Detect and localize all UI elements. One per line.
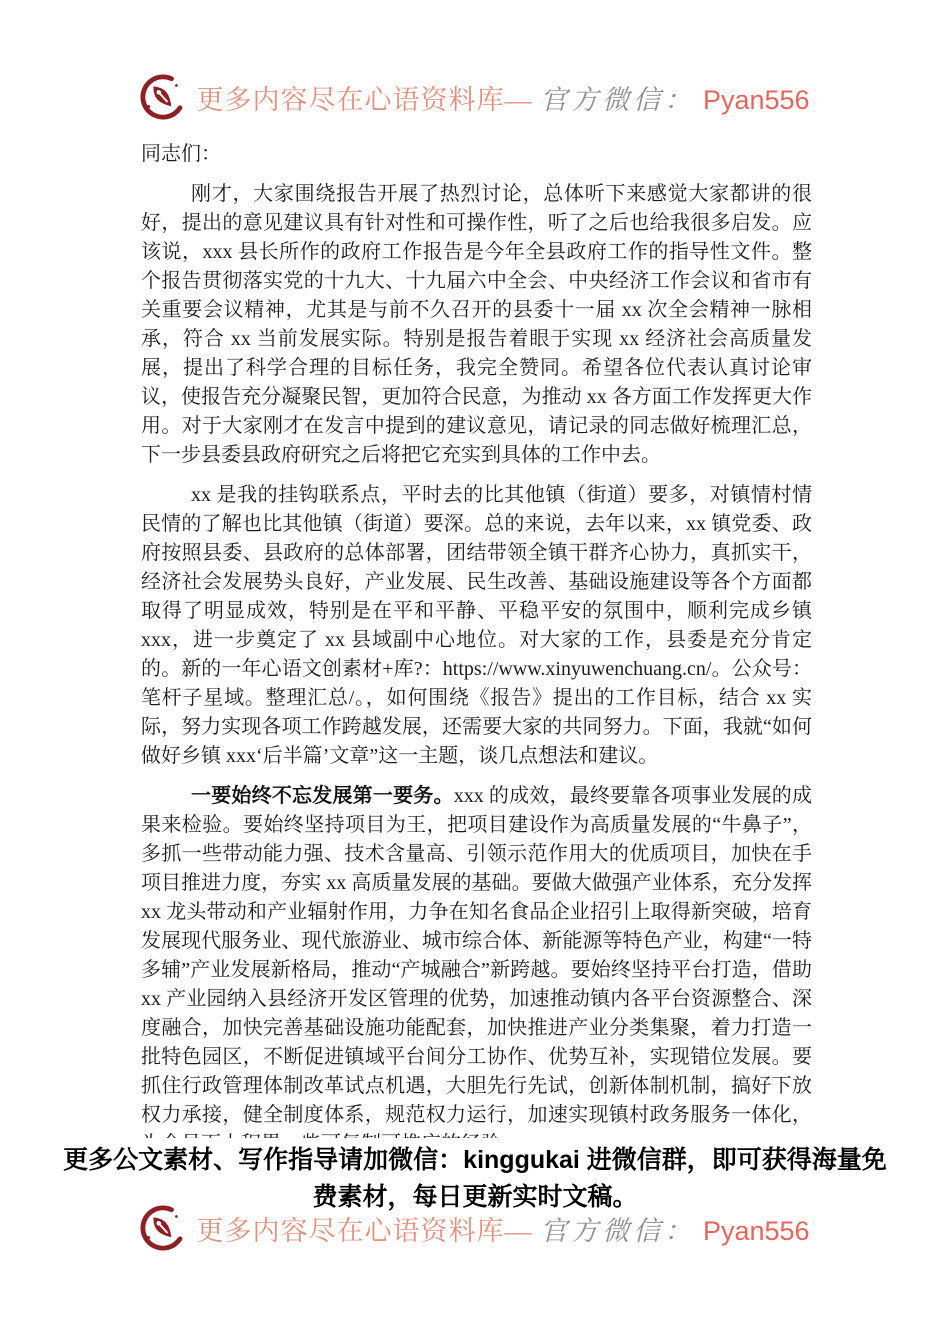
paragraph-text: 刚才，大家围绕报告开展了热烈讨论，总体听下来感觉大家都讲的很好，提出的意见建议具…: [141, 183, 812, 466]
watermark-text: 更多内容尽在心语资料库— 官方微信： Pyan556: [196, 78, 809, 117]
footer-watermark: 更多内容尽在心语资料库— 官方微信： Pyan556: [0, 1205, 950, 1251]
paragraph-text: xx 是我的挂钩联系点，平时去的比其他镇（街道）要多，对镇情村情民情的了解也比其…: [141, 484, 812, 767]
document-page: 更多内容尽在心语资料库— 官方微信： Pyan556 同志们： 刚才，大家围绕报…: [0, 0, 950, 1344]
watermark-wechat-label: 官方微信：: [540, 1216, 695, 1246]
watermark-wechat-id: Pyan556: [703, 1216, 810, 1246]
document-body: 同志们： 刚才，大家围绕报告开展了热烈讨论，总体听下来感觉大家都讲的很好，提出的…: [141, 140, 812, 1141]
paragraph-lead-heading: 一要始终不忘发展第一要务。: [191, 785, 454, 807]
paragraph: 刚才，大家围绕报告开展了热烈讨论，总体听下来感觉大家都讲的很好，提出的意见建议具…: [141, 180, 812, 470]
paragraph-text: xxx 的成效，最终要靠各项事业发展的成果来检验。要始终坚持项目为王，把项目建设…: [141, 785, 812, 1141]
pen-logo-icon: [140, 1205, 186, 1251]
promo-text: 更多公文素材、写作指导请加微信：kinggukai 进微信群，即可获得海量免费素…: [63, 1146, 887, 1211]
watermark-wechat-id: Pyan556: [703, 85, 810, 115]
salutation: 同志们：: [141, 140, 812, 169]
header-watermark: 更多内容尽在心语资料库— 官方微信： Pyan556: [0, 74, 950, 120]
watermark-brand-text: 更多内容尽在心语资料库—: [196, 85, 532, 115]
watermark-wechat-label: 官方微信：: [540, 85, 695, 115]
watermark-brand-text: 更多内容尽在心语资料库—: [196, 1216, 532, 1246]
paragraph: xx 是我的挂钩联系点，平时去的比其他镇（街道）要多，对镇情村情民情的了解也比其…: [141, 481, 812, 771]
pen-logo-icon: [140, 74, 186, 120]
paragraph: 一要始终不忘发展第一要务。xxx 的成效，最终要靠各项事业发展的成果来检验。要始…: [141, 782, 812, 1141]
watermark-text: 更多内容尽在心语资料库— 官方微信： Pyan556: [196, 1209, 809, 1248]
